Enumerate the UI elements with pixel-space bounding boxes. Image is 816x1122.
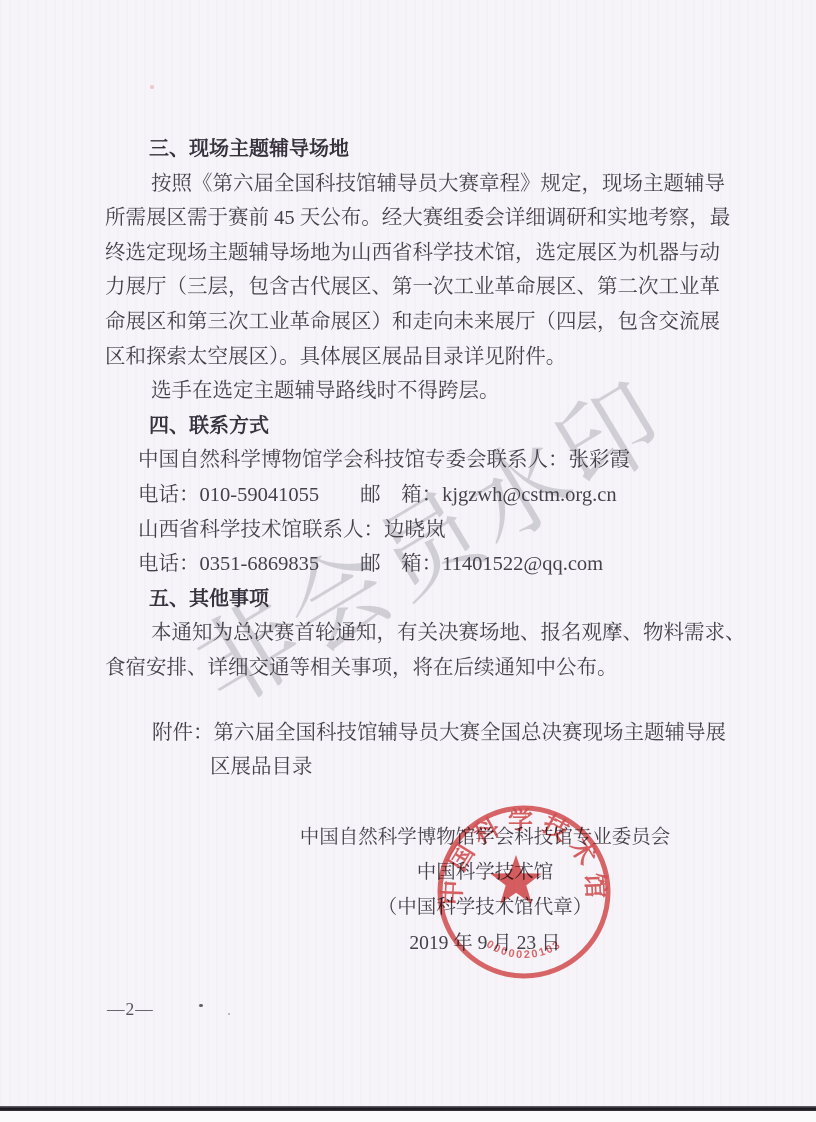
contact-line-phone-email: 电话：0351-6869835 邮 箱：11401522@qq.com [138,547,711,582]
contact-line: 山西省科学技术馆联系人：边晓岚 [138,513,711,548]
contact-line: 中国自然科学博物馆学会科技馆专委会联系人：张彩霞 [138,443,711,478]
body-line: 本通知为总决赛首轮通知，有关决赛场地、报名观摩、物料需求、 [151,616,711,651]
scan-speck [150,85,154,89]
body-line: 选手在选定主题辅导路线时不得跨层。 [151,374,711,409]
body-line: 区和探索太空展区）。具体展区展品目录详见附件。 [105,340,711,375]
body-line: 命展区和第三次工业革命展区）和走向未来展厅（四层，包含交流展 [105,305,711,340]
section-heading-3: 三、现场主题辅导场地 [149,132,711,167]
body-line: 力展厅（三层，包含古代展区、第一次工业革命展区、第二次工业革 [105,270,711,305]
attachment-line: 附件：第六届全国科技馆辅导员大赛全国总决赛现场主题辅导展 [152,716,711,751]
scan-speck [199,1004,203,1007]
body-line: 食宿安排、详细交通等相关事项，将在后续通知中公布。 [105,651,711,686]
section-heading-4: 四、联系方式 [149,409,711,444]
body-line: 终选定现场主题辅导场地为山西省科学技术馆，选定展区为机器与动 [105,236,711,271]
official-seal: 中国科学技术馆 0000020103 [430,798,620,988]
seal-star [490,855,541,904]
page-number: —2— [107,999,154,1020]
document-body: 三、现场主题辅导场地 按照《第六届全国科技馆辅导员大赛章程》规定，现场主题辅导 … [105,132,711,785]
contact-line-phone-email: 电话：010-59041055 邮 箱：kjgzwh@cstm.org.cn [138,478,711,513]
body-line: 所需展区需于赛前 45 天公布。经大赛组委会详细调研和实地考察，最 [105,201,711,236]
attachment-line: 区展品目录 [210,750,711,785]
scanner-edge-margin [0,1111,816,1122]
svg-text:0000020103: 0000020103 [484,938,564,961]
seal-code-digits: 0000020103 [484,938,564,961]
scan-speck [228,1013,230,1015]
body-line: 按照《第六届全国科技馆辅导员大赛章程》规定，现场主题辅导 [151,167,711,202]
scanned-document-page: 非会员水印 三、现场主题辅导场地 按照《第六届全国科技馆辅导员大赛章程》规定，现… [0,0,816,1122]
section-heading-5: 五、其他事项 [149,582,711,617]
